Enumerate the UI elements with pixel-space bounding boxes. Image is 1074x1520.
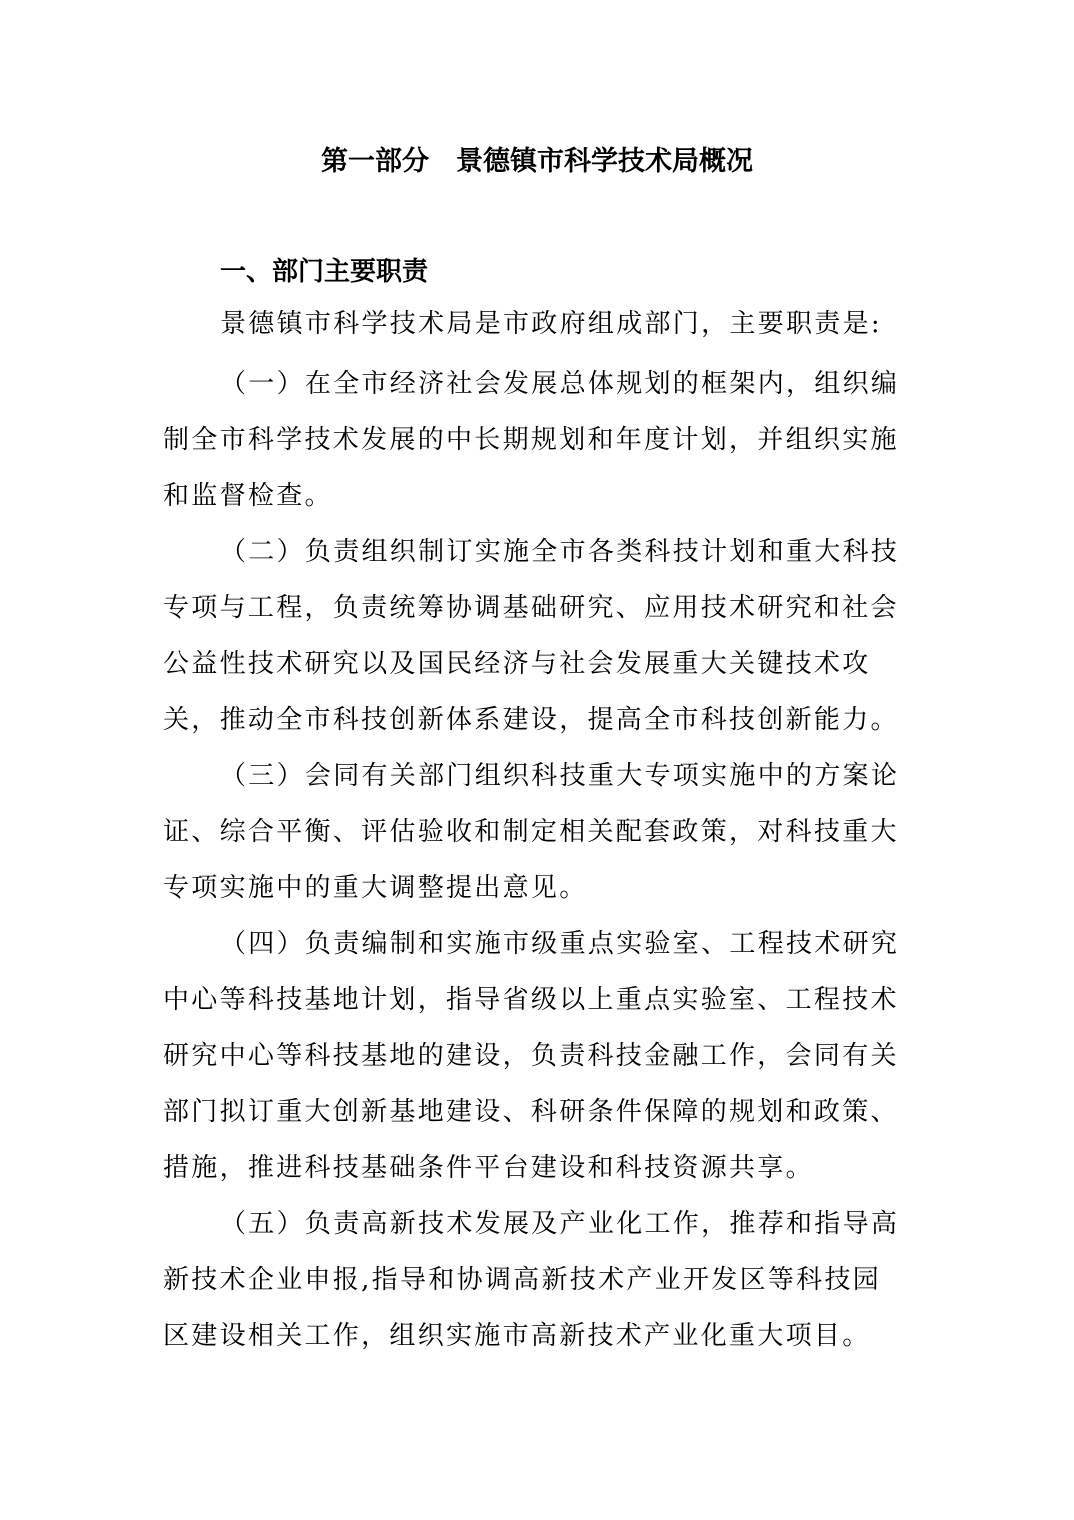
paragraph-line: 公益性技术研究以及国民经济与社会发展重大关键技术攻 xyxy=(163,644,871,684)
paragraph-line: （三）会同有关部门组织科技重大专项实施中的方案论 xyxy=(220,756,899,796)
section-heading: 一、部门主要职责 xyxy=(220,252,428,292)
paragraph-line: 新技术企业申报,指导和协调高新技术产业开发区等科技园 xyxy=(163,1260,881,1300)
paragraph-line: （五）负责高新技术发展及产业化工作，推荐和指导高 xyxy=(220,1204,899,1244)
document-page: 第一部分 景德镇市科学技术局概况 一、部门主要职责 景德镇市科学技术局是市政府组… xyxy=(0,0,1074,1520)
paragraph-line: 中心等科技基地计划，指导省级以上重点实验室、工程技术 xyxy=(163,980,899,1020)
paragraph-line: （二）负责组织制订实施全市各类科技计划和重大科技 xyxy=(220,532,899,572)
paragraph-line: 区建设相关工作，组织实施市高新技术产业化重大项目。 xyxy=(163,1316,871,1356)
page-title: 第一部分 景德镇市科学技术局概况 xyxy=(0,142,1074,182)
paragraph-line: 和监督检查。 xyxy=(163,476,333,516)
paragraph-line: 部门拟订重大创新基地建设、科研条件保障的规划和政策、 xyxy=(163,1092,899,1132)
paragraph-line: 研究中心等科技基地的建设，负责科技金融工作，会同有关 xyxy=(163,1036,899,1076)
paragraph-line: （四）负责编制和实施市级重点实验室、工程技术研究 xyxy=(220,924,899,964)
paragraph-line: 专项实施中的重大调整提出意见。 xyxy=(163,868,588,908)
intro-text: 景德镇市科学技术局是市政府组成部门，主要职责是: xyxy=(220,304,882,344)
paragraph-line: 专项与工程，负责统筹协调基础研究、应用技术研究和社会 xyxy=(163,588,899,628)
paragraph-line: 制全市科学技术发展的中长期规划和年度计划，并组织实施 xyxy=(163,420,899,460)
paragraph-line: 措施，推进科技基础条件平台建设和科技资源共享。 xyxy=(163,1148,814,1188)
paragraph-line: 证、综合平衡、评估验收和制定相关配套政策，对科技重大 xyxy=(163,812,899,852)
paragraph-line: （一）在全市经济社会发展总体规划的框架内，组织编 xyxy=(220,364,899,404)
paragraph-line: 关，推动全市科技创新体系建设，提高全市科技创新能力。 xyxy=(163,700,899,740)
